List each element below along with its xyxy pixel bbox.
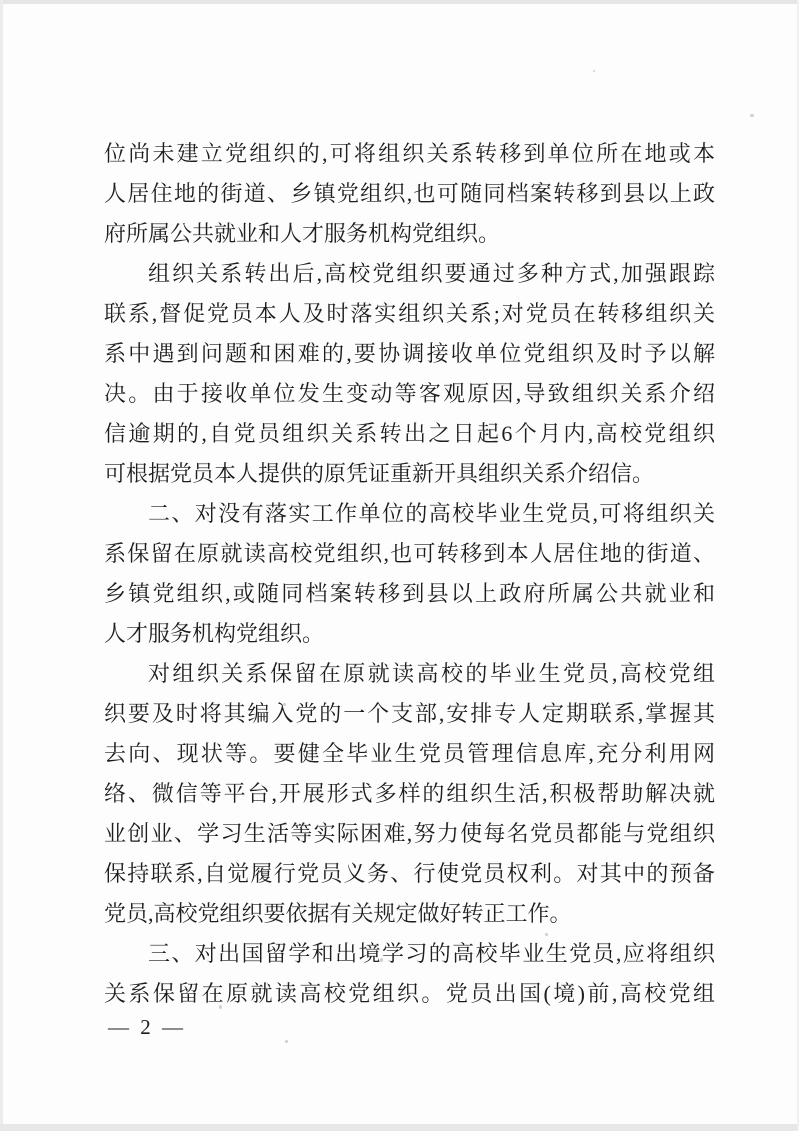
- text-line: 三、对出国留学和出境学习的高校毕业生党员,应将组织: [104, 934, 715, 974]
- text-block: 位尚未建立党组织的,可将组织关系转移到单位所在地或本人居住地的街道、乡镇党组织,…: [104, 134, 715, 1014]
- text-line: 络、微信等平台,开展形式多样的组织生活,积极帮助解决就: [104, 774, 715, 814]
- page-number: — 2 —: [108, 1012, 186, 1042]
- text-line: 关系保留在原就读高校党组织。党员出国(境)前,高校党组: [104, 974, 715, 1014]
- text-line: 保持联系,自觉履行党员义务、行使党员权利。对其中的预备: [104, 854, 715, 894]
- text-line: 党员,高校党组织要依据有关规定做好转正工作。: [104, 894, 715, 934]
- text-line: 人才服务机构党组织。: [104, 614, 715, 654]
- text-line: 组织关系转出后,高校党组织要通过多种方式,加强跟踪: [104, 254, 715, 294]
- text-line: 府所属公共就业和人才服务机构党组织。: [104, 214, 715, 254]
- scan-speckle: [285, 1040, 288, 1043]
- text-line: 对组织关系保留在原就读高校的毕业生党员,高校党组: [104, 654, 715, 694]
- text-line: 信逾期的,自党员组织关系转出之日起6个月内,高校党组织: [104, 414, 715, 454]
- text-line: 去向、现状等。要健全毕业生党员管理信息库,充分利用网: [104, 734, 715, 774]
- text-line: 乡镇党组织,或随同档案转移到县以上政府所属公共就业和: [104, 574, 715, 614]
- scanned-page: 位尚未建立党组织的,可将组织关系转移到单位所在地或本人居住地的街道、乡镇党组织,…: [0, 0, 799, 1131]
- text-line: 位尚未建立党组织的,可将组织关系转移到单位所在地或本: [104, 134, 715, 174]
- scan-edge-bottom: [0, 1124, 799, 1131]
- text-line: 决。由于接收单位发生变动等客观原因,导致组织关系介绍: [104, 374, 715, 414]
- text-line: 人居住地的街道、乡镇党组织,也可随同档案转移到县以上政: [104, 174, 715, 214]
- text-line: 可根据党员本人提供的原凭证重新开具组织关系介绍信。: [104, 454, 715, 494]
- scan-speckle: [750, 114, 754, 117]
- text-line: 系中遇到问题和困难的,要协调接收单位党组织及时予以解: [104, 334, 715, 374]
- text-line: 联系,督促党员本人及时落实组织关系;对党员在转移组织关: [104, 294, 715, 334]
- text-line: 织要及时将其编入党的一个支部,安排专人定期联系,掌握其: [104, 694, 715, 734]
- scan-edge-left: [0, 0, 3, 1131]
- text-line: 业创业、学习生活等实际困难,努力使每名党员都能与党组织: [104, 814, 715, 854]
- text-line: 系保留在原就读高校党组织,也可转移到本人居住地的街道、: [104, 534, 715, 574]
- scan-speckle: [593, 70, 595, 72]
- text-line: 二、对没有落实工作单位的高校毕业生党员,可将组织关: [104, 494, 715, 534]
- scan-edge-top: [0, 0, 799, 4]
